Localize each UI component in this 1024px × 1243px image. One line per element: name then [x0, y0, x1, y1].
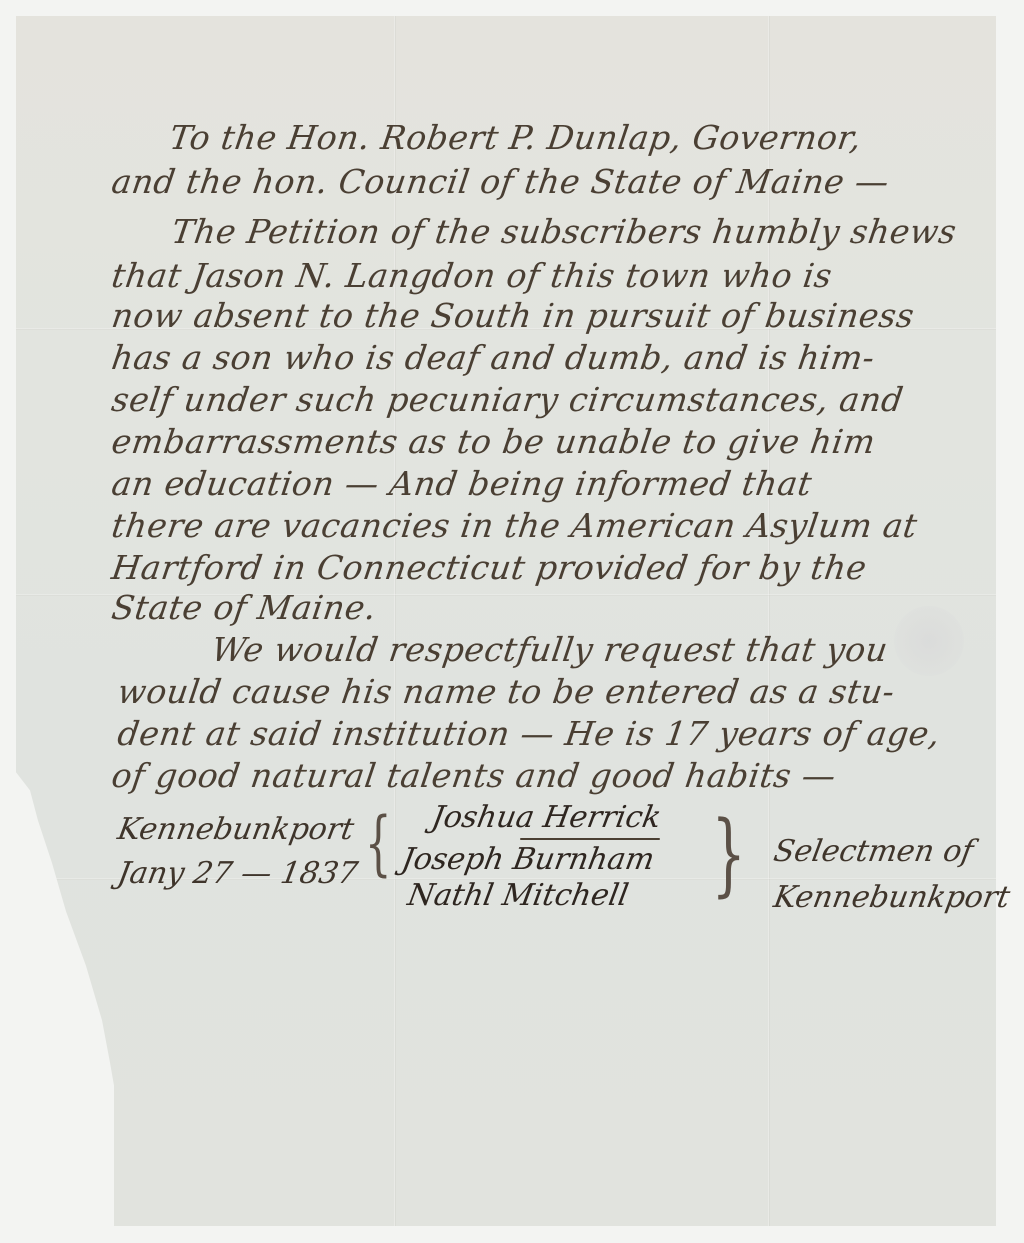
petition-line: self under such pecuniary circumstances,… — [109, 380, 906, 419]
petition-line: The Petition of the subscribers humbly s… — [169, 212, 959, 251]
brace-decoration: } — [711, 810, 745, 900]
petition-line: an education — And being informed that — [109, 464, 814, 503]
title-town: Kennebunkport — [771, 880, 1013, 915]
petition-line: Hartford in Connecticut provided for by … — [109, 548, 869, 587]
request-line: would cause his name to be entered as a … — [115, 672, 897, 711]
petition-line: has a son who is deaf and dumb, and is h… — [109, 338, 877, 377]
title-selectmen: Selectmen of — [771, 834, 976, 869]
signature-underline — [520, 838, 660, 840]
petition-line: State of Maine. — [109, 588, 379, 627]
petition-line: embarrassments as to be unable to give h… — [109, 422, 878, 461]
brace-decoration: { — [365, 808, 392, 878]
salutation-line-1: To the Hon. Robert P. Dunlap, Governor, — [167, 118, 864, 157]
request-line: We would respectfully request that you — [209, 630, 890, 669]
signature-2: Joseph Burnham — [399, 842, 657, 877]
petition-line: now absent to the South in pursuit of bu… — [109, 296, 917, 335]
request-line: dent at said institution — He is 17 year… — [115, 714, 943, 753]
signature-1: Joshua Herrick — [429, 800, 664, 835]
request-line: of good natural talents and good habits … — [109, 756, 838, 795]
petition-line: that Jason N. Langdon of this town who i… — [109, 256, 834, 295]
salutation-line-2: and the hon. Council of the State of Mai… — [109, 162, 891, 201]
faint-circular-stamp — [894, 606, 964, 676]
place-text: Kennebunkport — [115, 812, 357, 847]
date-text: Jany 27 — 1837 — [115, 856, 360, 891]
signature-3: Nathl Mitchell — [405, 878, 631, 913]
petition-line: there are vacancies in the American Asyl… — [109, 506, 920, 545]
